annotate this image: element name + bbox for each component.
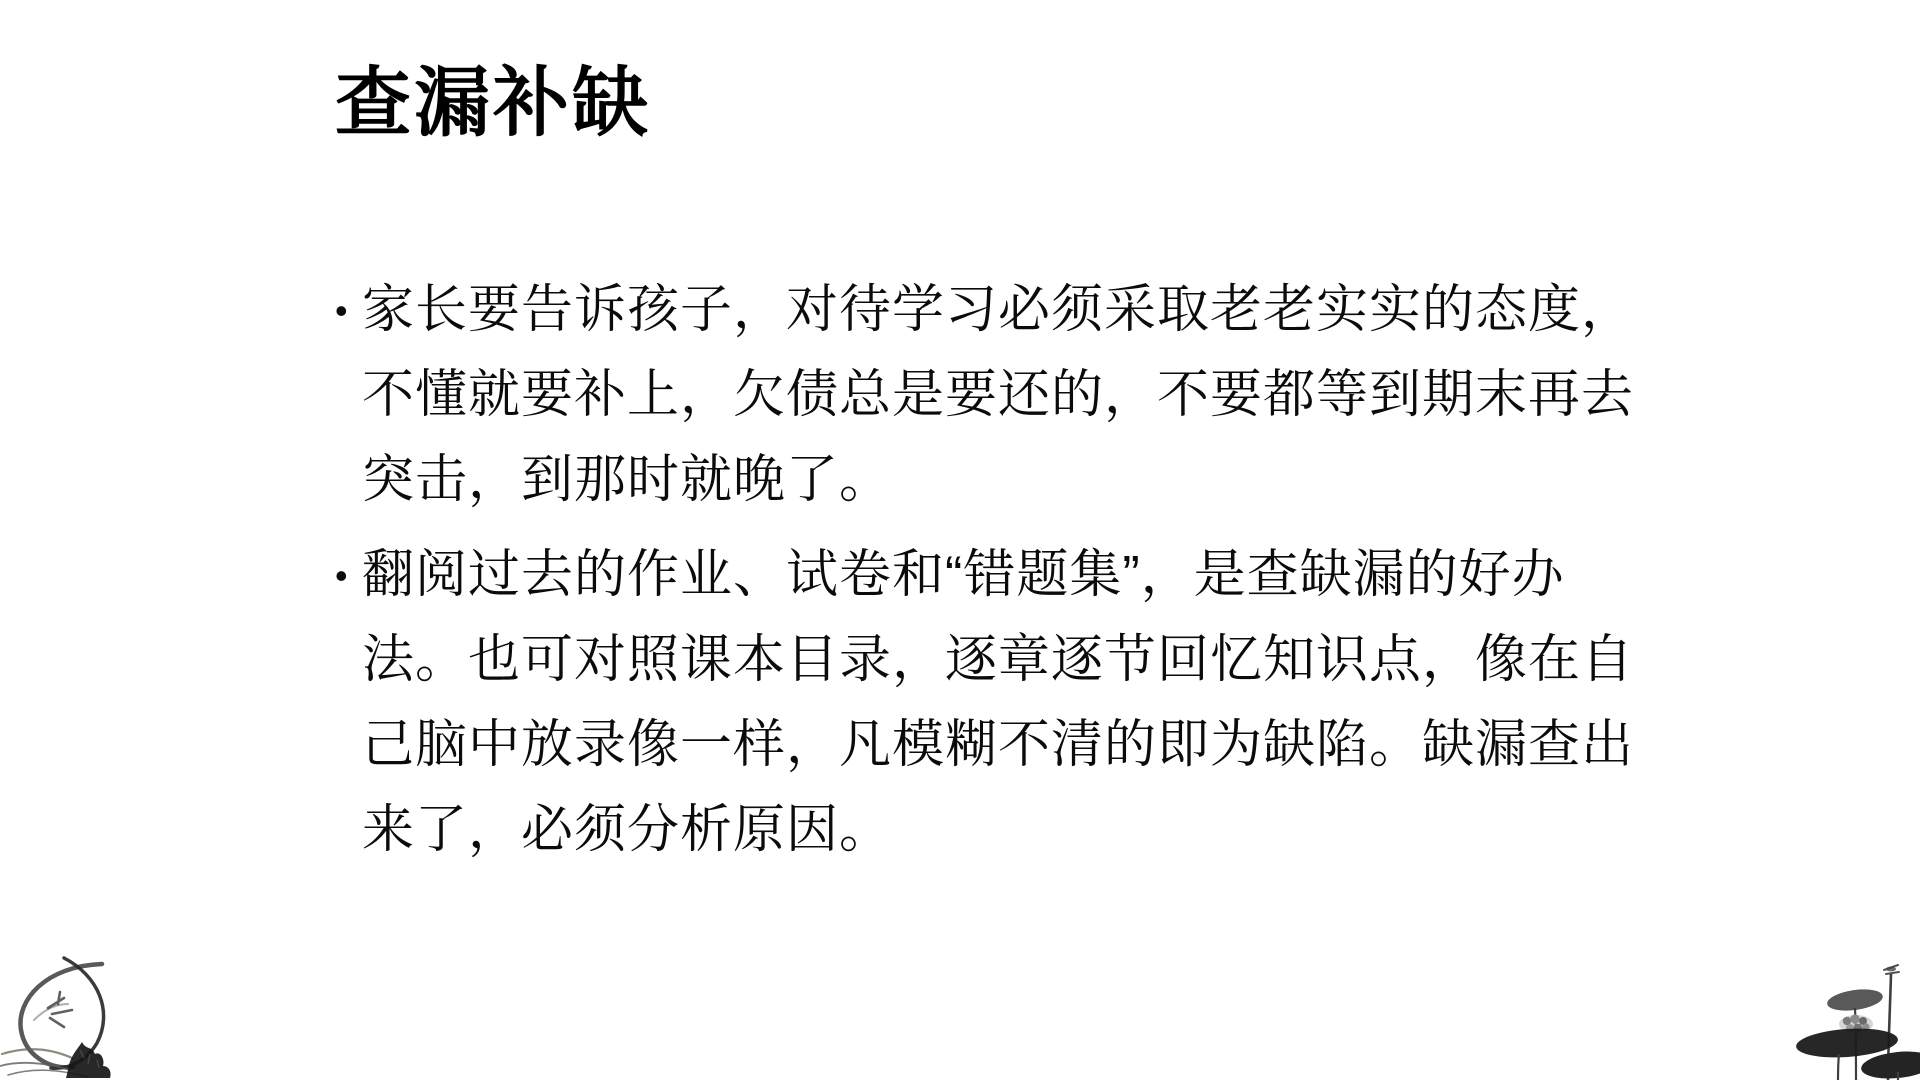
ink-lotus-dragonfly-icon [1794, 960, 1920, 1080]
text-line: 不懂就要补上，欠债总是要还的，不要都等到期末再去 [362, 353, 1665, 438]
bullet-item-2: • 翻阅过去的作业、试卷和“错题集”，是查缺漏的好办 法。也可对照课本目录，逐章… [335, 533, 1665, 873]
slide-title: 查漏补缺 [335, 60, 651, 147]
text-line: 家长要告诉孩子，对待学习必须采取老老实实的态度， [362, 268, 1665, 353]
text-line: 己脑中放录像一样，凡模糊不清的即为缺陷。缺漏查出 [362, 703, 1665, 788]
text-line: 来了，必须分析原因。 [362, 788, 1665, 873]
text-line: 法。也可对照课本目录，逐章逐节回忆知识点，像在自 [362, 618, 1665, 703]
text-line: 翻阅过去的作业、试卷和“错题集”，是查缺漏的好办 [362, 533, 1665, 618]
presentation-slide: 查漏补缺 • 家长要告诉孩子，对待学习必须采取老老实实的态度， 不懂就要补上，欠… [0, 0, 1920, 1080]
bullet-2-text: 翻阅过去的作业、试卷和“错题集”，是查缺漏的好办 法。也可对照课本目录，逐章逐节… [362, 533, 1665, 873]
bullet-marker-icon: • [335, 268, 362, 353]
slide-body: • 家长要告诉孩子，对待学习必须采取老老实实的态度， 不懂就要补上，欠债总是要还… [335, 268, 1665, 883]
bullet-marker-icon: • [335, 533, 362, 618]
text-line: 突击，到那时就晚了。 [362, 438, 1665, 523]
bullet-item-1: • 家长要告诉孩子，对待学习必须采取老老实实的态度， 不懂就要补上，欠债总是要还… [335, 268, 1665, 523]
ink-orchid-branch-icon [0, 954, 138, 1080]
bullet-1-text: 家长要告诉孩子，对待学习必须采取老老实实的态度， 不懂就要补上，欠债总是要还的，… [362, 268, 1665, 523]
